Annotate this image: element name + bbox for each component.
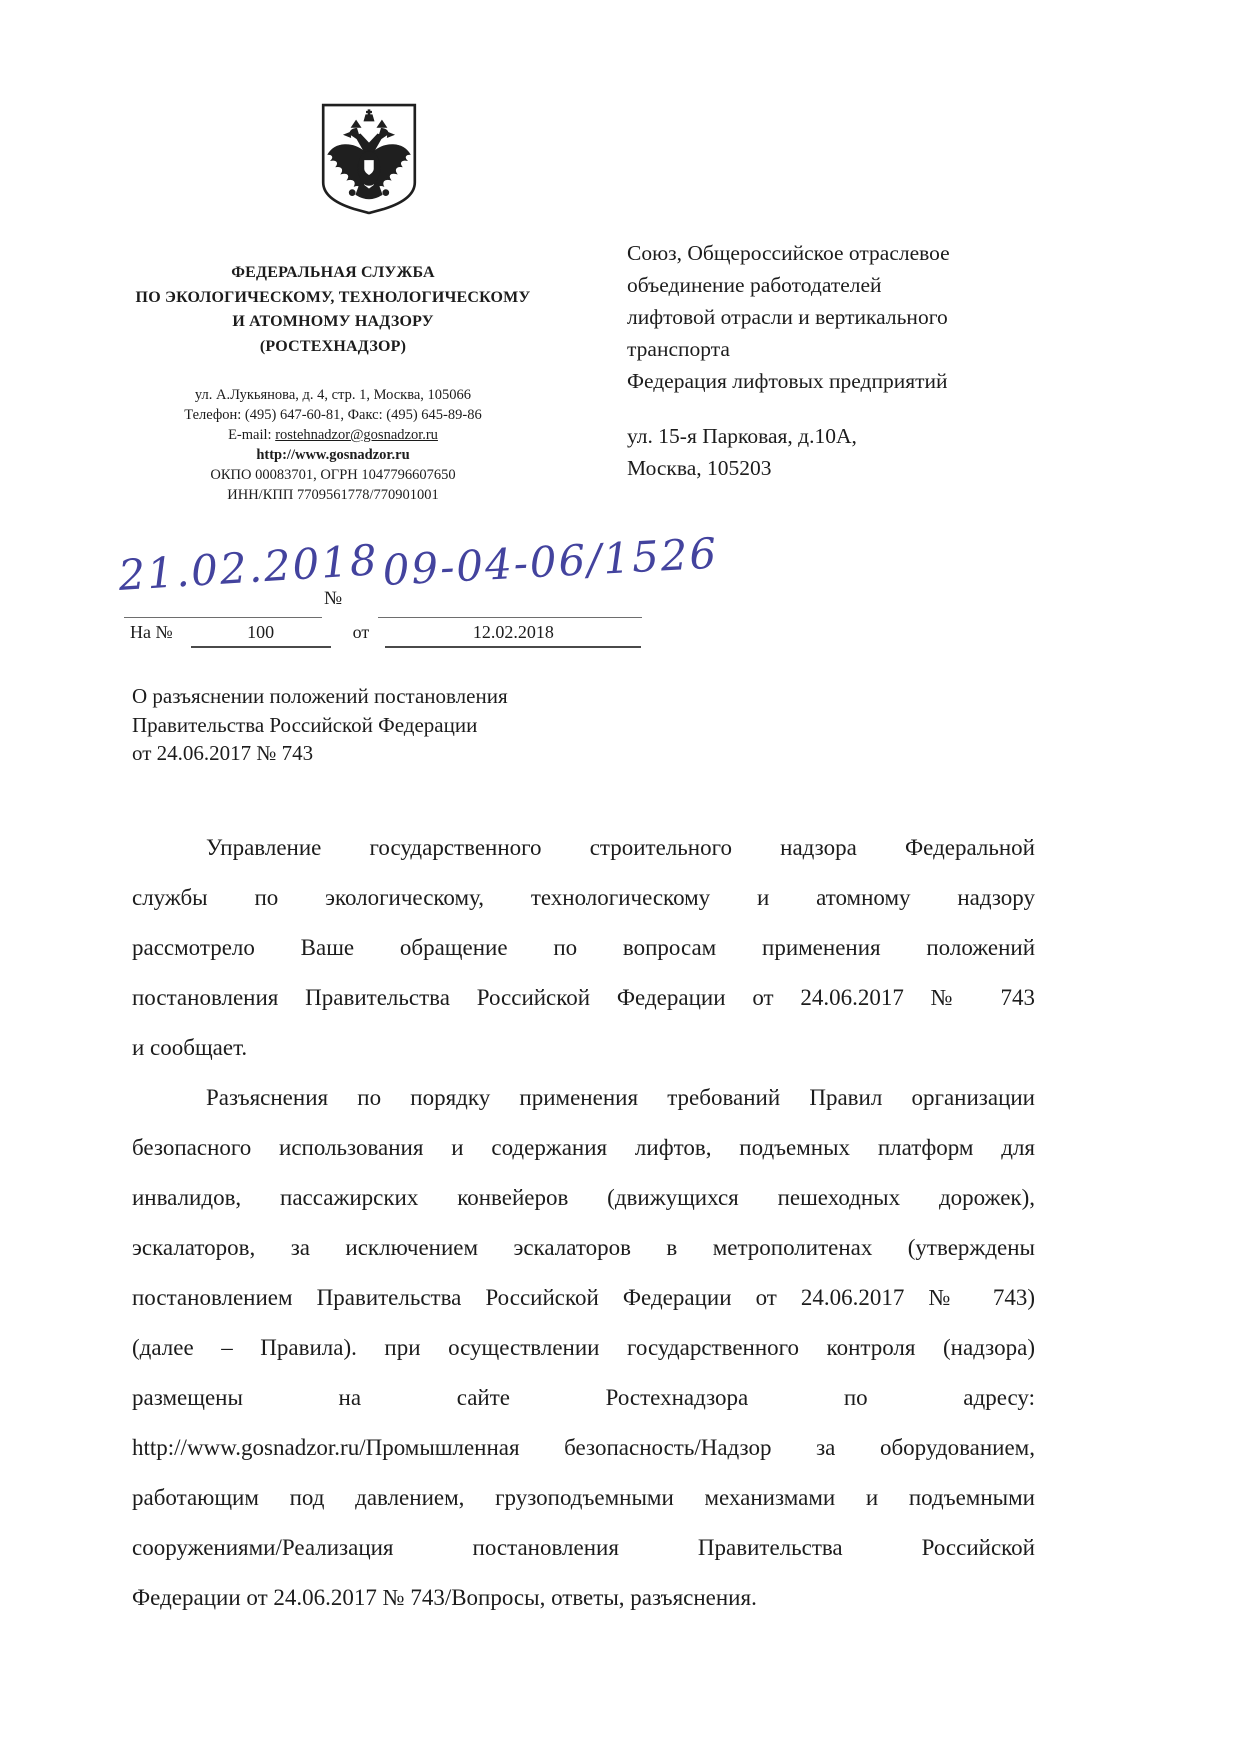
sender-contacts: ул. А.Лукьянова, д. 4, стр. 1, Москва, 1… — [104, 385, 562, 505]
body-line: инвалидов, пассажирских конвейеров (движ… — [132, 1173, 1035, 1223]
org-name-line-2: ПО ЭКОЛОГИЧЕСКОМУ, ТЕХНОЛОГИЧЕСКОМУ — [104, 286, 562, 311]
body-line: http://www.gosnadzor.ru/Промышленная без… — [132, 1423, 1035, 1473]
recipient-org-line-2: объединение работодателей — [627, 269, 1045, 301]
number-sign: № — [324, 588, 342, 610]
body-line: работающим под давлением, грузоподъемным… — [132, 1473, 1035, 1523]
scanned-letter-page: ФЕДЕРАЛЬНАЯ СЛУЖБА ПО ЭКОЛОГИЧЕСКОМУ, ТЕ… — [0, 0, 1240, 1753]
body-line: и сообщает. — [132, 1023, 1035, 1073]
sender-postal-address: ул. А.Лукьянова, д. 4, стр. 1, Москва, 1… — [104, 385, 562, 405]
outgoing-number-underline — [378, 617, 642, 618]
email-label: E-mail: — [228, 427, 272, 443]
incoming-number: 100 — [191, 622, 331, 648]
recipient-org-line-5: Федерация лифтовых предприятий — [627, 365, 1045, 397]
sender-email-line: E-mail: rostehnadzor@gosnadzor.ru — [104, 425, 562, 445]
reply-label: На № — [130, 622, 173, 643]
org-short-name: (РОСТЕХНАДЗОР) — [104, 335, 562, 360]
org-name-line-1: ФЕДЕРАЛЬНАЯ СЛУЖБА — [104, 261, 562, 286]
incoming-reference-row: На № 100 от 12.02.2018 — [130, 622, 641, 648]
body-line: Разъяснения по порядку применения требов… — [132, 1073, 1035, 1123]
recipient-address-line-1: ул. 15-я Парковая, д.10А, — [627, 420, 1045, 452]
recipient-address: ул. 15-я Парковая, д.10А, Москва, 105203 — [627, 420, 1045, 484]
body-line: Федерации от 24.06.2017 № 743/Вопросы, о… — [132, 1573, 1035, 1623]
sender-phone-fax: Телефон: (495) 647-60-81, Факс: (495) 64… — [104, 405, 562, 425]
incoming-date: 12.02.2018 — [385, 622, 641, 648]
body-line: безопасного использования и содержания л… — [132, 1123, 1035, 1173]
sender-letterhead: ФЕДЕРАЛЬНАЯ СЛУЖБА ПО ЭКОЛОГИЧЕСКОМУ, ТЕ… — [104, 261, 562, 505]
sender-email: rostehnadzor@gosnadzor.ru — [275, 427, 438, 443]
from-label: от — [353, 622, 370, 643]
sender-inn-kpp: ИНН/КПП 7709561778/770901001 — [104, 485, 562, 505]
outgoing-date-underline — [124, 617, 322, 618]
body-line: (далее – Правила). при осуществлении гос… — [132, 1323, 1035, 1373]
subject-line-2: Правительства Российской Федерации — [132, 711, 508, 740]
body-line: постановлением Правительства Российской … — [132, 1273, 1035, 1323]
subject-line-3: от 24.06.2017 № 743 — [132, 739, 508, 768]
body-line: постановления Правительства Российской Ф… — [132, 973, 1035, 1023]
subject-line-1: О разъяснении положений постановления — [132, 682, 508, 711]
recipient-org-line-4: транспорта — [627, 333, 1045, 365]
sender-okpo-ogrn: ОКПО 00083701, ОГРН 1047796607650 — [104, 465, 562, 485]
org-name-line-3: И АТОМНОМУ НАДЗОРУ — [104, 310, 562, 335]
handwritten-outgoing-number: 09-04-06/1526 — [381, 528, 719, 595]
body-line: эскалаторов, за исключением эскалаторов … — [132, 1223, 1035, 1273]
body-line: рассмотрело Ваше обращение по вопросам п… — [132, 923, 1035, 973]
recipient-block: Союз, Общероссийское отраслевое объедине… — [627, 237, 1045, 484]
russian-coat-of-arms-icon — [316, 101, 422, 215]
body-line: Управление государственного строительног… — [132, 823, 1035, 873]
body-line: сооружениями/Реализация постановления Пр… — [132, 1523, 1035, 1573]
sender-website: http://www.gosnadzor.ru — [104, 445, 562, 465]
subject-block: О разъяснении положений постановления Пр… — [132, 682, 508, 768]
recipient-org-line-1: Союз, Общероссийское отраслевое — [627, 237, 1045, 269]
body-line: размещены на сайте Ростехнадзора по адре… — [132, 1373, 1035, 1423]
recipient-address-line-2: Москва, 105203 — [627, 452, 1045, 484]
body-line: службы по экологическому, технологическо… — [132, 873, 1035, 923]
sender-org-name: ФЕДЕРАЛЬНАЯ СЛУЖБА ПО ЭКОЛОГИЧЕСКОМУ, ТЕ… — [104, 261, 562, 359]
recipient-org-line-3: лифтовой отрасли и вертикального — [627, 301, 1045, 333]
letter-body: Управление государственного строительног… — [132, 823, 1035, 1623]
